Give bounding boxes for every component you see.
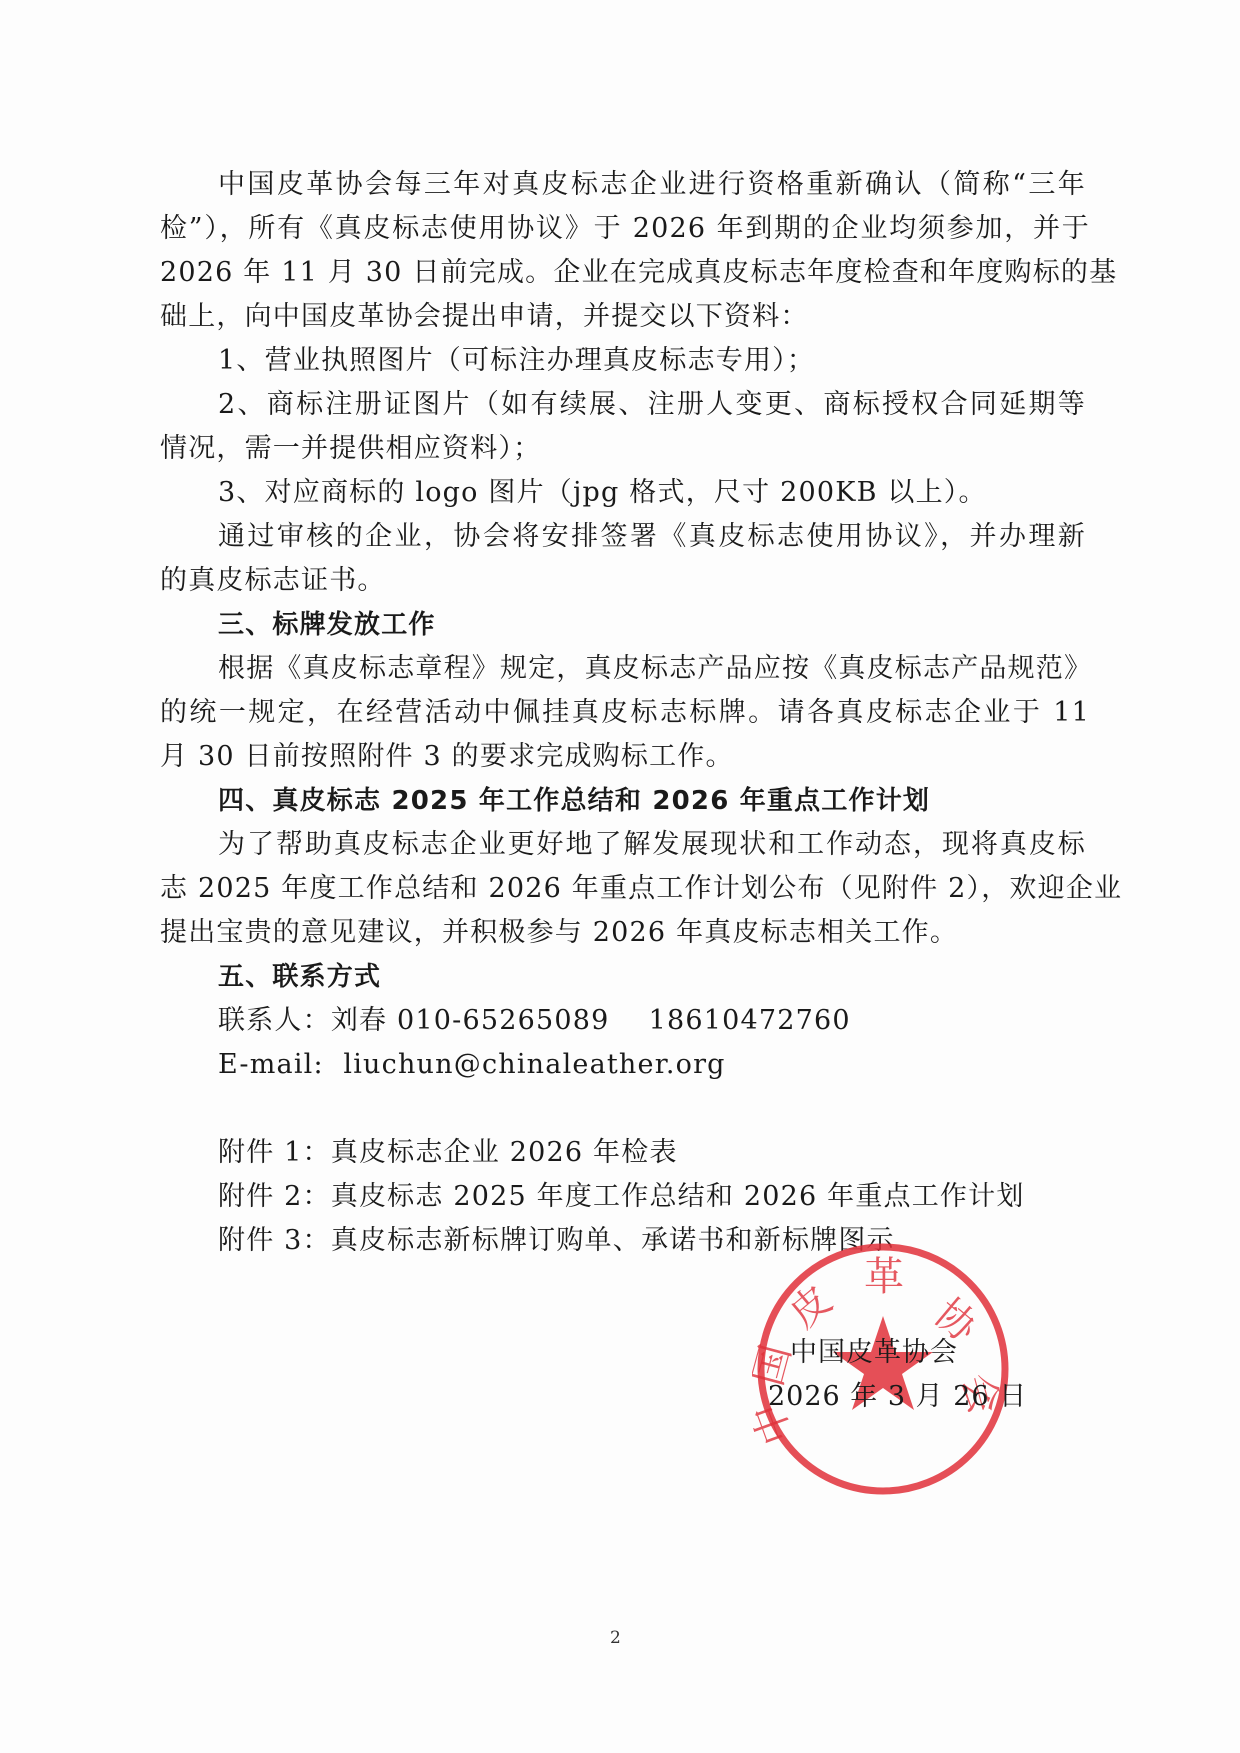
- paragraph-line: 月 30 日前按照附件 3 的要求完成购标工作。: [160, 737, 734, 777]
- signature-date: 2026 年 3 月 26 日: [768, 1377, 1027, 1417]
- paragraph-line: 的统一规定，在经营活动中佩挂真皮标志标牌。请各真皮标志企业于 11: [160, 693, 1090, 733]
- materials-item: 情况，需一并提供相应资料）；: [160, 429, 541, 469]
- section-heading: 五、联系方式: [218, 957, 381, 997]
- attachment-item: 附件 2：真皮标志 2025 年度工作总结和 2026 年重点工作计划: [218, 1177, 1025, 1217]
- email-address: liuchun@chinaleather.org: [343, 1049, 725, 1080]
- section-heading: 四、真皮标志 2025 年工作总结和 2026 年重点工作计划: [218, 781, 930, 821]
- section-heading: 三、标牌发放工作: [218, 605, 436, 645]
- document-page: 中国皮革协会每三年对真皮标志企业进行资格重新确认（简称“三年 检”），所有《真皮…: [0, 0, 1240, 1753]
- paragraph-line: 通过审核的企业，协会将安排签署《真皮标志使用协议》，并办理新: [218, 517, 1086, 557]
- contact-line: 联系人：刘春 010-65265089 18610472760: [218, 1001, 851, 1041]
- materials-item: 1、营业执照图片（可标注办理真皮标志专用）；: [218, 341, 815, 381]
- email-line: E-mail: liuchun@chinaleather.org: [218, 1045, 726, 1085]
- materials-item: 2、商标注册证图片（如有续展、注册人变更、商标授权合同延期等: [218, 385, 1086, 425]
- paragraph-line: 的真皮标志证书。: [160, 561, 386, 601]
- contact-label: 联系人：: [218, 1005, 331, 1036]
- signature-organization: 中国皮革协会: [790, 1333, 958, 1373]
- paragraph-line: 根据《真皮标志章程》规定，真皮标志产品应按《真皮标志产品规范》: [218, 649, 1086, 689]
- page-number: 2: [610, 1628, 621, 1648]
- materials-item: 3、对应商标的 logo 图片（jpg 格式，尺寸 200KB 以上）。: [218, 473, 987, 513]
- svg-text:革: 革: [864, 1254, 904, 1300]
- paragraph-line: 志 2025 年度工作总结和 2026 年重点工作计划公布（见附件 2），欢迎企…: [160, 869, 1090, 909]
- contact-phone: 010-65265089: [397, 1005, 609, 1036]
- contact-name: 刘春: [331, 1005, 387, 1036]
- paragraph-line: 中国皮革协会每三年对真皮标志企业进行资格重新确认（简称“三年: [218, 165, 1086, 205]
- contact-mobile: 18610472760: [649, 1005, 851, 1036]
- paragraph-line: 2026 年 11 月 30 日前完成。企业在完成真皮标志年度检查和年度购标的基: [160, 253, 1090, 293]
- paragraph-line: 础上，向中国皮革协会提出申请，并提交以下资料：: [160, 297, 809, 337]
- paragraph-line: 检”），所有《真皮标志使用协议》于 2026 年到期的企业均须参加，并于: [160, 209, 1090, 249]
- attachment-item: 附件 1：真皮标志企业 2026 年检表: [218, 1133, 678, 1173]
- email-label: E-mail:: [218, 1049, 324, 1080]
- paragraph-line: 为了帮助真皮标志企业更好地了解发展现状和工作动态，现将真皮标: [218, 825, 1086, 865]
- paragraph-line: 提出宝贵的意见建议，并积极参与 2026 年真皮标志相关工作。: [160, 913, 958, 953]
